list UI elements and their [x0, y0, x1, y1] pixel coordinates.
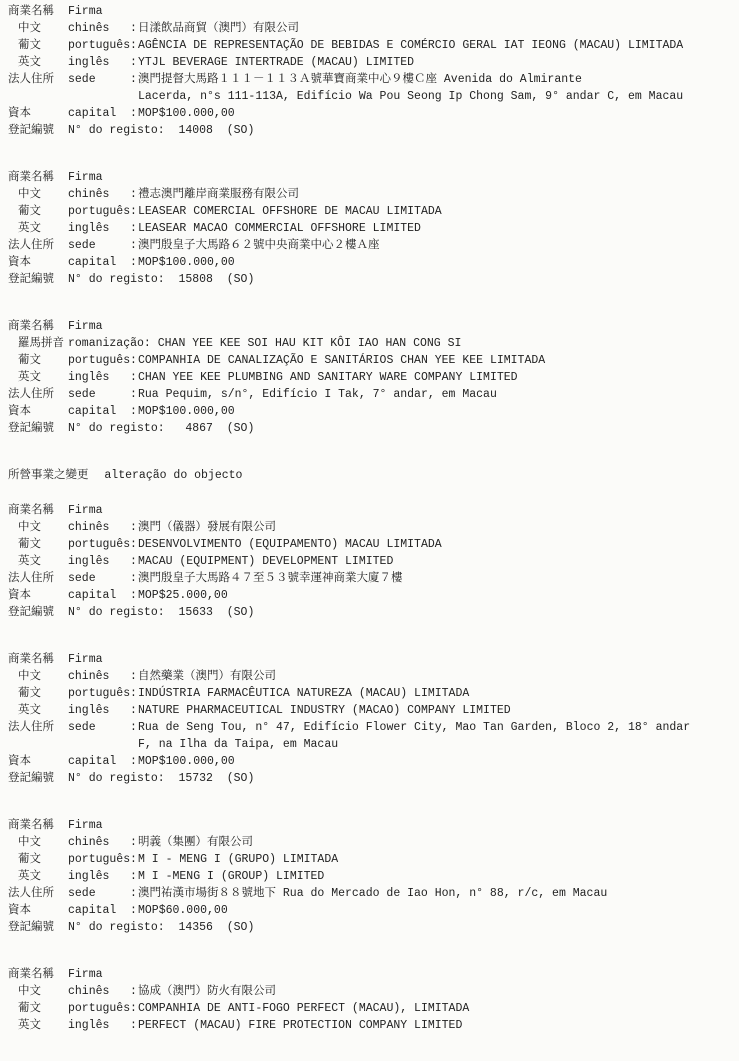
- row-capital: 資本 capital : MOP$25.000,00: [8, 587, 733, 604]
- field-value: LEASEAR COMERCIAL OFFSHORE DE MACAU LIMI…: [138, 203, 733, 220]
- field-label-chinese: 葡文: [8, 685, 68, 702]
- field-value: YTJL BEVERAGE INTERTRADE (MACAU) LIMITED: [138, 54, 733, 71]
- row-registered-office: 法人住所 sede : Rua Pequim, s/n°, Edifício I…: [8, 386, 733, 403]
- row-firma: 商業名稱 Firma: [8, 817, 733, 834]
- field-label-chinese: 資本: [8, 254, 68, 271]
- field-label-portuguese: sede: [68, 237, 130, 254]
- business-record: 商業名稱 Firma 中文 chinês : 澳門（儀器）發展有限公司 葡文 p…: [8, 502, 733, 621]
- field-label-chinese: 法人住所: [8, 885, 68, 902]
- field-label-chinese: 資本: [8, 753, 68, 770]
- field-value: 15732 (SO): [165, 770, 733, 787]
- field-label-portuguese: Firma: [68, 169, 130, 186]
- row-registration-number: 登記編號 N° do registo: 4867 (SO): [8, 420, 733, 437]
- colon-separator: :: [130, 587, 138, 604]
- field-label-portuguese: N° do registo:: [68, 271, 165, 288]
- section-header: 所營事業之變更 alteração do objecto: [8, 467, 733, 484]
- field-label-chinese: 英文: [8, 220, 68, 237]
- field-label-portuguese: inglês: [68, 220, 130, 237]
- row-registration-number: 登記編號 N° do registo: 15732 (SO): [8, 770, 733, 787]
- field-label-chinese: 登記編號: [8, 122, 68, 139]
- row-firma: 商業名稱 Firma: [8, 3, 733, 20]
- field-label-chinese: 登記編號: [8, 919, 68, 936]
- row-registration-number: 登記編號 N° do registo: 15633 (SO): [8, 604, 733, 621]
- field-label-chinese: 登記編號: [8, 420, 68, 437]
- field-label-portuguese: inglês: [68, 702, 130, 719]
- row-english-name: 英文 inglês : YTJL BEVERAGE INTERTRADE (MA…: [8, 54, 733, 71]
- field-label-portuguese: português: [68, 536, 130, 553]
- colon-separator: :: [130, 386, 138, 403]
- row-english-name: 英文 inglês : NATURE PHARMACEUTICAL INDUST…: [8, 702, 733, 719]
- field-label-chinese: 法人住所: [8, 237, 68, 254]
- field-label-portuguese: chinês: [68, 834, 130, 851]
- field-label-chinese: 中文: [8, 983, 68, 1000]
- field-label-portuguese: Firma: [68, 3, 130, 20]
- colon-separator: :: [130, 868, 138, 885]
- field-label-portuguese: português: [68, 203, 130, 220]
- row-chinese-name: 中文 chinês : 澳門（儀器）發展有限公司: [8, 519, 733, 536]
- row-registered-office: 法人住所 sede : Rua de Seng Tou, n° 47, Edif…: [8, 719, 733, 753]
- field-value: PERFECT (MACAU) FIRE PROTECTION COMPANY …: [138, 1017, 733, 1034]
- field-value: 澳門提督大馬路１１１－１１３Ａ號華寶商業中心９樓Ｃ座 Avenida do Al…: [138, 71, 733, 105]
- field-label-portuguese: sede: [68, 719, 130, 736]
- field-label-portuguese: inglês: [68, 369, 130, 386]
- colon-separator: :: [130, 220, 138, 237]
- field-label-portuguese: chinês: [68, 519, 130, 536]
- colon-separator: :: [130, 105, 138, 122]
- field-value: MOP$100.000,00: [138, 403, 733, 420]
- field-label-portuguese: sede: [68, 885, 130, 902]
- row-firma: 商業名稱 Firma: [8, 966, 733, 983]
- row-registered-office: 法人住所 sede : 澳門提督大馬路１１１－１１３Ａ號華寶商業中心９樓Ｃ座 A…: [8, 71, 733, 105]
- field-value: MOP$100.000,00: [138, 105, 733, 122]
- field-label-portuguese: N° do registo:: [68, 604, 165, 621]
- row-capital: 資本 capital : MOP$100.000,00: [8, 105, 733, 122]
- row-capital: 資本 capital : MOP$100.000,00: [8, 753, 733, 770]
- field-label-portuguese: português: [68, 352, 130, 369]
- business-record: 商業名稱 Firma 中文 chinês : 日漾飲品商貿（澳門）有限公司 葡文…: [8, 3, 733, 139]
- colon-separator: :: [130, 254, 138, 271]
- field-label-chinese: 登記編號: [8, 604, 68, 621]
- field-label-portuguese: romanização:: [68, 335, 151, 352]
- field-label-portuguese: inglês: [68, 868, 130, 885]
- field-label-portuguese: N° do registo:: [68, 122, 165, 139]
- field-label-portuguese: Firma: [68, 651, 130, 668]
- business-record: 商業名稱 Firma 中文 chinês : 禮志澳門離岸商業服務有限公司 葡文…: [8, 169, 733, 288]
- colon-separator: :: [130, 885, 138, 902]
- colon-separator: :: [130, 20, 138, 37]
- row-english-name: 英文 inglês : LEASEAR MACAO COMMERCIAL OFF…: [8, 220, 733, 237]
- colon-separator: :: [130, 71, 138, 88]
- field-value: MACAU (EQUIPMENT) DEVELOPMENT LIMITED: [138, 553, 733, 570]
- field-label-chinese: 資本: [8, 403, 68, 420]
- row-english-name: 英文 inglês : M I -MENG I (GROUP) LIMITED: [8, 868, 733, 885]
- field-value: INDÚSTRIA FARMACÊUTICA NATUREZA (MACAU) …: [138, 685, 733, 702]
- business-record: 商業名稱 Firma 中文 chinês : 明義（集團）有限公司 葡文 por…: [8, 817, 733, 936]
- field-value: NATURE PHARMACEUTICAL INDUSTRY (MACAO) C…: [138, 702, 733, 719]
- field-label-chinese: 登記編號: [8, 271, 68, 288]
- business-record: 商業名稱 Firma 羅馬拼音 romanização: CHAN YEE KE…: [8, 318, 733, 437]
- field-value: 日漾飲品商貿（澳門）有限公司: [138, 20, 733, 37]
- field-value: 澳門殷皇子大馬路４７至５３號幸運神商業大廈７樓: [138, 570, 733, 587]
- row-capital: 資本 capital : MOP$100.000,00: [8, 254, 733, 271]
- field-label-chinese: 葡文: [8, 1000, 68, 1017]
- colon-separator: :: [130, 186, 138, 203]
- field-label-chinese: 資本: [8, 587, 68, 604]
- colon-separator: :: [130, 203, 138, 220]
- colon-separator: :: [130, 902, 138, 919]
- field-label-portuguese: N° do registo:: [68, 770, 165, 787]
- field-label-portuguese: chinês: [68, 186, 130, 203]
- field-value: 澳門（儀器）發展有限公司: [138, 519, 733, 536]
- colon-separator: :: [130, 1000, 138, 1017]
- row-portuguese-name: 葡文 português : COMPANHIA DE ANTI-FOGO PE…: [8, 1000, 733, 1017]
- field-label-chinese: 資本: [8, 105, 68, 122]
- field-label-portuguese: chinês: [68, 983, 130, 1000]
- field-label-chinese: 中文: [8, 186, 68, 203]
- row-english-name: 英文 inglês : PERFECT (MACAU) FIRE PROTECT…: [8, 1017, 733, 1034]
- field-label-chinese: 法人住所: [8, 71, 68, 88]
- row-capital: 資本 capital : MOP$60.000,00: [8, 902, 733, 919]
- row-english-name: 英文 inglês : MACAU (EQUIPMENT) DEVELOPMEN…: [8, 553, 733, 570]
- field-value: Rua de Seng Tou, n° 47, Edifício Flower …: [138, 719, 733, 753]
- field-value: CHAN YEE KEE PLUMBING AND SANITARY WARE …: [138, 369, 733, 386]
- field-label-chinese: 羅馬拼音: [8, 335, 68, 352]
- row-chinese-name: 中文 chinês : 明義（集團）有限公司: [8, 834, 733, 851]
- colon-separator: :: [130, 237, 138, 254]
- field-label-portuguese: português: [68, 1000, 130, 1017]
- field-label-chinese: 商業名稱: [8, 169, 68, 186]
- field-label-chinese: 葡文: [8, 352, 68, 369]
- field-value: 明義（集團）有限公司: [138, 834, 733, 851]
- field-label-chinese: 葡文: [8, 851, 68, 868]
- colon-separator: :: [130, 702, 138, 719]
- row-portuguese-name: 葡文 português : LEASEAR COMERCIAL OFFSHOR…: [8, 203, 733, 220]
- colon-separator: :: [130, 851, 138, 868]
- field-value: 澳門殷皇子大馬路６２號中央商業中心２樓Ａ座: [138, 237, 733, 254]
- field-label-chinese: 商業名稱: [8, 502, 68, 519]
- field-value: COMPANHIA DE ANTI-FOGO PERFECT (MACAU), …: [138, 1000, 733, 1017]
- field-label-portuguese: português: [68, 685, 130, 702]
- row-english-name: 英文 inglês : CHAN YEE KEE PLUMBING AND SA…: [8, 369, 733, 386]
- field-label-portuguese: chinês: [68, 20, 130, 37]
- colon-separator: :: [130, 519, 138, 536]
- row-registered-office: 法人住所 sede : 澳門殷皇子大馬路６２號中央商業中心２樓Ａ座: [8, 237, 733, 254]
- field-label-chinese: 英文: [8, 369, 68, 386]
- field-label-portuguese: capital: [68, 403, 130, 420]
- field-label-chinese: 商業名稱: [8, 318, 68, 335]
- row-portuguese-name: 葡文 português : INDÚSTRIA FARMACÊUTICA NA…: [8, 685, 733, 702]
- business-record: 商業名稱 Firma 中文 chinês : 自然藥業（澳門）有限公司 葡文 p…: [8, 651, 733, 787]
- field-value: COMPANHIA DE CANALIZAÇÃO E SANITÁRIOS CH…: [138, 352, 733, 369]
- field-label-portuguese: N° do registo:: [68, 420, 165, 437]
- row-firma: 商業名稱 Firma: [8, 169, 733, 186]
- field-label-portuguese: inglês: [68, 1017, 130, 1034]
- field-label-chinese: 英文: [8, 702, 68, 719]
- field-value: MOP$60.000,00: [138, 902, 733, 919]
- field-value: LEASEAR MACAO COMMERCIAL OFFSHORE LIMITE…: [138, 220, 733, 237]
- colon-separator: :: [130, 685, 138, 702]
- field-value: 協成（澳門）防火有限公司: [138, 983, 733, 1000]
- colon-separator: :: [130, 1017, 138, 1034]
- field-label-chinese: 中文: [8, 834, 68, 851]
- field-label-chinese: 中文: [8, 20, 68, 37]
- colon-separator: :: [130, 668, 138, 685]
- row-portuguese-name: 葡文 português : M I - MENG I (GRUPO) LIMI…: [8, 851, 733, 868]
- field-label-chinese: 法人住所: [8, 570, 68, 587]
- field-label-chinese: 英文: [8, 868, 68, 885]
- colon-separator: :: [130, 352, 138, 369]
- field-label-portuguese: português: [68, 851, 130, 868]
- row-registration-number: 登記編號 N° do registo: 15808 (SO): [8, 271, 733, 288]
- row-registered-office: 法人住所 sede : 澳門殷皇子大馬路４７至５３號幸運神商業大廈７樓: [8, 570, 733, 587]
- colon-separator: :: [130, 719, 138, 736]
- colon-separator: :: [130, 536, 138, 553]
- field-label-portuguese: capital: [68, 254, 130, 271]
- field-label-portuguese: Firma: [68, 966, 130, 983]
- field-label-chinese: 法人住所: [8, 719, 68, 736]
- scanned-gazette-document: { "page": { "background": "#fbfbf9", "te…: [0, 0, 739, 1061]
- field-value: M I - MENG I (GRUPO) LIMITADA: [138, 851, 733, 868]
- colon-separator: :: [130, 37, 138, 54]
- row-chinese-name: 中文 chinês : 禮志澳門離岸商業服務有限公司: [8, 186, 733, 203]
- field-value: CHAN YEE KEE SOI HAU KIT KÔI IAO HAN CON…: [151, 335, 733, 352]
- field-label-chinese: 葡文: [8, 37, 68, 54]
- field-label-chinese: 英文: [8, 553, 68, 570]
- row-capital: 資本 capital : MOP$100.000,00: [8, 403, 733, 420]
- field-label-portuguese: português: [68, 37, 130, 54]
- field-label-portuguese: capital: [68, 105, 130, 122]
- field-label-portuguese: sede: [68, 386, 130, 403]
- field-label-chinese: 法人住所: [8, 386, 68, 403]
- field-label-portuguese: chinês: [68, 668, 130, 685]
- field-label-portuguese: Firma: [68, 817, 130, 834]
- business-record: 商業名稱 Firma 中文 chinês : 協成（澳門）防火有限公司 葡文 p…: [8, 966, 733, 1034]
- field-label-portuguese: capital: [68, 753, 130, 770]
- field-value: 15808 (SO): [165, 271, 733, 288]
- field-label-portuguese: Firma: [68, 318, 130, 335]
- field-value: DESENVOLVIMENTO (EQUIPAMENTO) MACAU LIMI…: [138, 536, 733, 553]
- row-firma: 商業名稱 Firma: [8, 502, 733, 519]
- field-label-portuguese: sede: [68, 570, 130, 587]
- field-value: 14356 (SO): [165, 919, 733, 936]
- field-label-portuguese: inglês: [68, 54, 130, 71]
- field-value: 15633 (SO): [165, 604, 733, 621]
- row-registered-office: 法人住所 sede : 澳門祐漢市場街８８號地下 Rua do Mercado …: [8, 885, 733, 902]
- row-chinese-name: 中文 chinês : 日漾飲品商貿（澳門）有限公司: [8, 20, 733, 37]
- colon-separator: :: [130, 983, 138, 1000]
- field-label-chinese: 商業名稱: [8, 966, 68, 983]
- row-firma: 商業名稱 Firma: [8, 318, 733, 335]
- field-label-chinese: 商業名稱: [8, 651, 68, 668]
- field-label-portuguese: sede: [68, 71, 130, 88]
- colon-separator: :: [130, 553, 138, 570]
- field-value: MOP$100.000,00: [138, 254, 733, 271]
- field-value: AGÊNCIA DE REPRESENTAÇÃO DE BEBIDAS E CO…: [138, 37, 733, 54]
- field-label-chinese: 葡文: [8, 536, 68, 553]
- field-value: 禮志澳門離岸商業服務有限公司: [138, 186, 733, 203]
- section-header-portuguese: alteração do objecto: [104, 469, 242, 482]
- field-label-portuguese: Firma: [68, 502, 130, 519]
- field-label-portuguese: capital: [68, 587, 130, 604]
- row-chinese-name: 中文 chinês : 協成（澳門）防火有限公司: [8, 983, 733, 1000]
- field-label-chinese: 英文: [8, 54, 68, 71]
- field-value: 4867 (SO): [165, 420, 733, 437]
- field-label-chinese: 中文: [8, 519, 68, 536]
- field-label-chinese: 葡文: [8, 203, 68, 220]
- field-label-chinese: 商業名稱: [8, 817, 68, 834]
- field-value: 自然藥業（澳門）有限公司: [138, 668, 733, 685]
- colon-separator: :: [130, 403, 138, 420]
- field-value: M I -MENG I (GROUP) LIMITED: [138, 868, 733, 885]
- field-label-chinese: 商業名稱: [8, 3, 68, 20]
- field-value: MOP$25.000,00: [138, 587, 733, 604]
- field-label-chinese: 英文: [8, 1017, 68, 1034]
- colon-separator: :: [130, 753, 138, 770]
- colon-separator: :: [130, 369, 138, 386]
- field-label-chinese: 資本: [8, 902, 68, 919]
- colon-separator: :: [130, 54, 138, 71]
- colon-separator: :: [130, 570, 138, 587]
- row-registration-number: 登記編號 N° do registo: 14008 (SO): [8, 122, 733, 139]
- field-value: 14008 (SO): [165, 122, 733, 139]
- row-firma: 商業名稱 Firma: [8, 651, 733, 668]
- section-header-chinese: 所營事業之變更: [8, 469, 89, 482]
- field-label-portuguese: capital: [68, 902, 130, 919]
- row-chinese-name: 中文 chinês : 自然藥業（澳門）有限公司: [8, 668, 733, 685]
- row-portuguese-name: 葡文 português : DESENVOLVIMENTO (EQUIPAME…: [8, 536, 733, 553]
- row-romanized-name: 羅馬拼音 romanização: CHAN YEE KEE SOI HAU K…: [8, 335, 733, 352]
- field-value: MOP$100.000,00: [138, 753, 733, 770]
- row-registration-number: 登記編號 N° do registo: 14356 (SO): [8, 919, 733, 936]
- field-label-chinese: 中文: [8, 668, 68, 685]
- gazette-page: 商業名稱 Firma 中文 chinês : 日漾飲品商貿（澳門）有限公司 葡文…: [0, 0, 739, 1034]
- colon-separator: :: [130, 834, 138, 851]
- row-portuguese-name: 葡文 português : AGÊNCIA DE REPRESENTAÇÃO …: [8, 37, 733, 54]
- field-label-chinese: 登記編號: [8, 770, 68, 787]
- field-value: Rua Pequim, s/n°, Edifício I Tak, 7° and…: [138, 386, 733, 403]
- field-label-portuguese: N° do registo:: [68, 919, 165, 936]
- field-label-portuguese: inglês: [68, 553, 130, 570]
- field-value: 澳門祐漢市場街８８號地下 Rua do Mercado de Iao Hon, …: [138, 885, 733, 902]
- row-portuguese-name: 葡文 português : COMPANHIA DE CANALIZAÇÃO …: [8, 352, 733, 369]
